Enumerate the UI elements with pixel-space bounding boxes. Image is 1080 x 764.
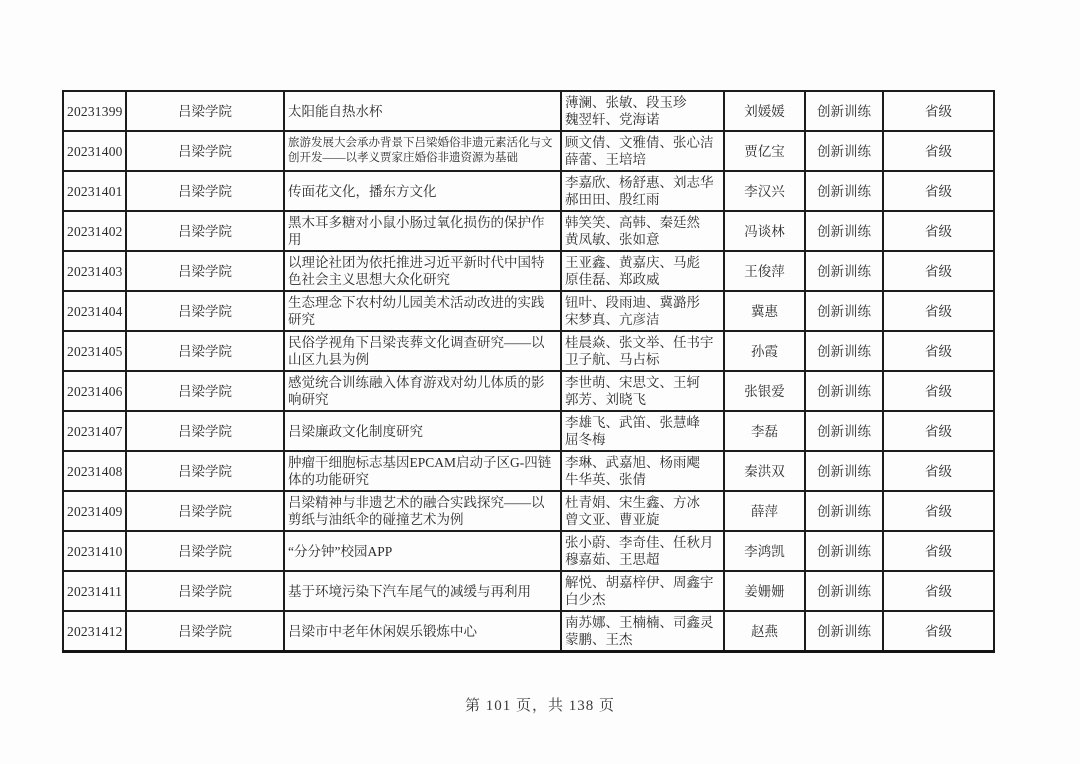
cell-school: 吕梁学院	[126, 531, 284, 571]
cell-project-category: 创新训练	[805, 491, 883, 531]
cell-project-level: 省级	[883, 371, 994, 411]
cell-project-title: 基于环境污染下汽车尾气的减缓与再利用	[284, 571, 561, 611]
cell-project-category: 创新训练	[805, 291, 883, 331]
table-row: 20231406吕梁学院感觉统合训练融入体育游戏对幼儿体质的影响研究李世萌、宋思…	[63, 371, 994, 411]
table-row: 20231411吕梁学院基于环境污染下汽车尾气的减缓与再利用解悦、胡嘉梓伊、周鑫…	[63, 571, 994, 611]
cell-project-leader: 冀惠	[724, 291, 805, 331]
cell-project-title: 传面花文化，播东方文化	[284, 171, 561, 211]
cell-project-id: 20231400	[63, 131, 126, 171]
cell-project-leader: 姜姗姗	[724, 571, 805, 611]
cell-project-id: 20231401	[63, 171, 126, 211]
table-row: 20231403吕梁学院以理论社团为依托推进习近平新时代中国特色社会主义思想大众…	[63, 251, 994, 291]
cell-project-category: 创新训练	[805, 211, 883, 251]
table-row: 20231400吕梁学院旅游发展大会承办背景下吕梁婚俗非遗元素活化与文创开发——…	[63, 131, 994, 171]
cell-school: 吕梁学院	[126, 491, 284, 531]
cell-project-level: 省级	[883, 531, 994, 571]
cell-project-id: 20231399	[63, 91, 126, 131]
cell-project-title: 黑木耳多糖对小鼠小肠过氧化损伤的保护作用	[284, 211, 561, 251]
cell-project-leader: 孙霞	[724, 331, 805, 371]
cell-project-level: 省级	[883, 491, 994, 531]
cell-project-members: 钮叶、段雨迪、冀潞彤 宋梦真、亢彦洁	[561, 291, 724, 331]
cell-project-leader: 刘媛媛	[724, 91, 805, 131]
cell-project-id: 20231410	[63, 531, 126, 571]
cell-project-id: 20231406	[63, 371, 126, 411]
table-row: 20231402吕梁学院黑木耳多糖对小鼠小肠过氧化损伤的保护作用韩笑笑、高韩、秦…	[63, 211, 994, 251]
cell-project-members: 李雄飞、武笛、张慧峰 屈冬梅	[561, 411, 724, 451]
cell-project-leader: 李鸿凯	[724, 531, 805, 571]
cell-project-title: 以理论社团为依托推进习近平新时代中国特色社会主义思想大众化研究	[284, 251, 561, 291]
cell-school: 吕梁学院	[126, 611, 284, 652]
page-number: 第 101 页，共 138 页	[0, 694, 1080, 715]
cell-project-category: 创新训练	[805, 331, 883, 371]
cell-project-members: 张小蔚、李奇佳、任秋月 穆嘉茹、王思超	[561, 531, 724, 571]
cell-project-level: 省级	[883, 331, 994, 371]
cell-project-category: 创新训练	[805, 171, 883, 211]
cell-school: 吕梁学院	[126, 291, 284, 331]
cell-project-members: 薄澜、张敏、段玉珍 魏翌轩、党海诺	[561, 91, 724, 131]
cell-project-level: 省级	[883, 291, 994, 331]
cell-project-title: 吕梁廉政文化制度研究	[284, 411, 561, 451]
cell-school: 吕梁学院	[126, 411, 284, 451]
cell-project-level: 省级	[883, 451, 994, 491]
cell-project-leader: 张银爱	[724, 371, 805, 411]
cell-project-category: 创新训练	[805, 411, 883, 451]
cell-project-title: 肿瘤干细胞标志基因EPCAM启动子区G-四链体的功能研究	[284, 451, 561, 491]
cell-project-leader: 薛萍	[724, 491, 805, 531]
cell-project-level: 省级	[883, 171, 994, 211]
cell-project-id: 20231403	[63, 251, 126, 291]
cell-project-level: 省级	[883, 571, 994, 611]
projects-table-body: 20231399吕梁学院太阳能自热水杯薄澜、张敏、段玉珍 魏翌轩、党海诺刘媛媛创…	[63, 91, 994, 652]
cell-project-category: 创新训练	[805, 531, 883, 571]
cell-school: 吕梁学院	[126, 171, 284, 211]
cell-project-leader: 冯谈林	[724, 211, 805, 251]
cell-project-leader: 赵燕	[724, 611, 805, 652]
cell-project-category: 创新训练	[805, 251, 883, 291]
cell-project-title: 感觉统合训练融入体育游戏对幼儿体质的影响研究	[284, 371, 561, 411]
cell-school: 吕梁学院	[126, 571, 284, 611]
table-row: 20231399吕梁学院太阳能自热水杯薄澜、张敏、段玉珍 魏翌轩、党海诺刘媛媛创…	[63, 91, 994, 131]
cell-project-level: 省级	[883, 91, 994, 131]
cell-project-id: 20231411	[63, 571, 126, 611]
cell-school: 吕梁学院	[126, 451, 284, 491]
cell-project-level: 省级	[883, 611, 994, 652]
cell-project-leader: 王俊萍	[724, 251, 805, 291]
cell-project-members: 顾文倩、文雅倩、张心洁 薛蕾、王培培	[561, 131, 724, 171]
cell-school: 吕梁学院	[126, 371, 284, 411]
cell-project-members: 解悦、胡嘉梓伊、周鑫宇 白少杰	[561, 571, 724, 611]
table-row: 20231404吕梁学院生态理念下农村幼儿园美术活动改进的实践研究钮叶、段雨迪、…	[63, 291, 994, 331]
document-page: 20231399吕梁学院太阳能自热水杯薄澜、张敏、段玉珍 魏翌轩、党海诺刘媛媛创…	[0, 0, 1080, 764]
cell-project-category: 创新训练	[805, 451, 883, 491]
table-row: 20231410吕梁学院“分分钟”校园APP张小蔚、李奇佳、任秋月 穆嘉茹、王思…	[63, 531, 994, 571]
cell-project-members: 桂晨焱、张文举、任书宇 卫子航、马占标	[561, 331, 724, 371]
cell-project-members: 李琳、武嘉旭、杨雨飔 牛华英、张倩	[561, 451, 724, 491]
projects-table: 20231399吕梁学院太阳能自热水杯薄澜、张敏、段玉珍 魏翌轩、党海诺刘媛媛创…	[62, 90, 995, 653]
cell-project-members: 李世萌、宋思文、王轲 郭芳、刘晓飞	[561, 371, 724, 411]
cell-project-category: 创新训练	[805, 371, 883, 411]
cell-school: 吕梁学院	[126, 91, 284, 131]
cell-project-category: 创新训练	[805, 91, 883, 131]
cell-project-members: 杜青娟、宋生鑫、方冰 曾文亚、曹亚旋	[561, 491, 724, 531]
cell-project-title: 旅游发展大会承办背景下吕梁婚俗非遗元素活化与文创开发——以孝义贾家庄婚俗非遗资源…	[284, 131, 561, 171]
cell-project-id: 20231408	[63, 451, 126, 491]
table-row: 20231409吕梁学院吕梁精神与非遗艺术的融合实践探究——以剪纸与油纸伞的碰撞…	[63, 491, 994, 531]
cell-project-leader: 李汉兴	[724, 171, 805, 211]
cell-project-title: 吕梁市中老年休闲娱乐锻炼中心	[284, 611, 561, 652]
cell-project-id: 20231404	[63, 291, 126, 331]
table-row: 20231407吕梁学院吕梁廉政文化制度研究李雄飞、武笛、张慧峰 屈冬梅李磊创新…	[63, 411, 994, 451]
cell-project-title: 生态理念下农村幼儿园美术活动改进的实践研究	[284, 291, 561, 331]
cell-project-members: 韩笑笑、高韩、秦廷然 黄凤敏、张如意	[561, 211, 724, 251]
cell-project-level: 省级	[883, 251, 994, 291]
cell-project-title: 吕梁精神与非遗艺术的融合实践探究——以剪纸与油纸伞的碰撞艺术为例	[284, 491, 561, 531]
cell-project-level: 省级	[883, 211, 994, 251]
table-row: 20231412吕梁学院吕梁市中老年休闲娱乐锻炼中心南苏娜、王楠楠、司鑫灵 蒙鹏…	[63, 611, 994, 652]
cell-project-level: 省级	[883, 411, 994, 451]
cell-project-level: 省级	[883, 131, 994, 171]
cell-project-id: 20231412	[63, 611, 126, 652]
cell-project-members: 王亚鑫、黄嘉庆、马彪 原佳磊、郑政威	[561, 251, 724, 291]
table-row: 20231401吕梁学院传面花文化，播东方文化李嘉欣、杨舒惠、刘志华 郝田田、殷…	[63, 171, 994, 211]
cell-school: 吕梁学院	[126, 331, 284, 371]
cell-project-category: 创新训练	[805, 611, 883, 652]
table-row: 20231405吕梁学院民俗学视角下吕梁丧葬文化调查研究——以山区九县为例桂晨焱…	[63, 331, 994, 371]
cell-project-members: 李嘉欣、杨舒惠、刘志华 郝田田、殷红雨	[561, 171, 724, 211]
cell-project-leader: 秦洪双	[724, 451, 805, 491]
cell-project-title: 民俗学视角下吕梁丧葬文化调查研究——以山区九县为例	[284, 331, 561, 371]
cell-school: 吕梁学院	[126, 251, 284, 291]
table-row: 20231408吕梁学院肿瘤干细胞标志基因EPCAM启动子区G-四链体的功能研究…	[63, 451, 994, 491]
cell-school: 吕梁学院	[126, 131, 284, 171]
cell-project-id: 20231402	[63, 211, 126, 251]
cell-school: 吕梁学院	[126, 211, 284, 251]
cell-project-id: 20231409	[63, 491, 126, 531]
cell-project-category: 创新训练	[805, 571, 883, 611]
cell-project-id: 20231407	[63, 411, 126, 451]
cell-project-category: 创新训练	[805, 131, 883, 171]
cell-project-title: 太阳能自热水杯	[284, 91, 561, 131]
cell-project-members: 南苏娜、王楠楠、司鑫灵 蒙鹏、王杰	[561, 611, 724, 652]
cell-project-leader: 贾亿宝	[724, 131, 805, 171]
cell-project-id: 20231405	[63, 331, 126, 371]
cell-project-leader: 李磊	[724, 411, 805, 451]
cell-project-title: “分分钟”校园APP	[284, 531, 561, 571]
